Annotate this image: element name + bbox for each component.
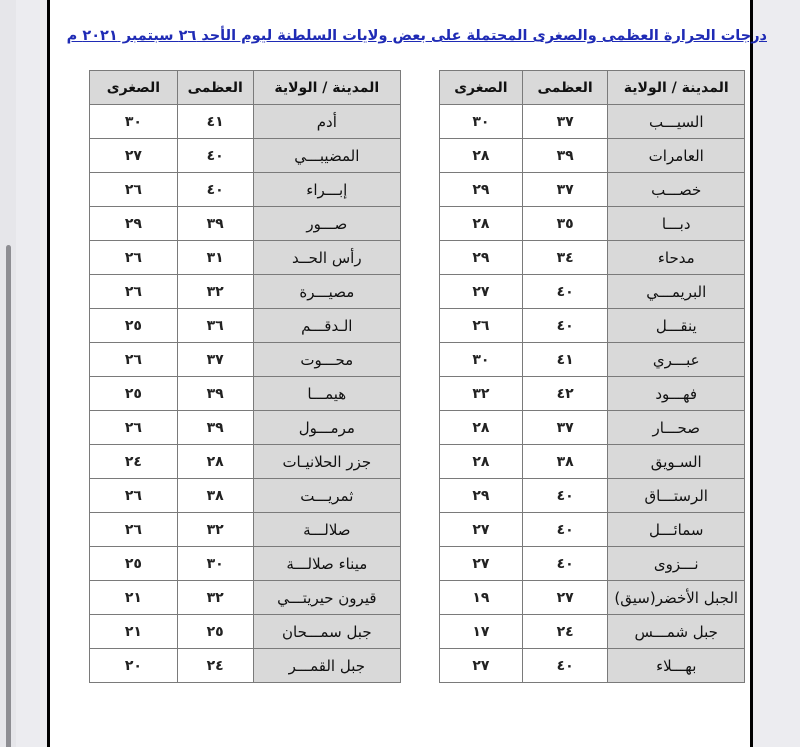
min-temp-cell: ٢٩ — [90, 207, 178, 241]
min-temp-cell: ١٩ — [440, 581, 523, 615]
city-cell: المضيبـــي — [253, 139, 400, 173]
table-row: صـــور٣٩٢٩ — [90, 207, 401, 241]
table-row: الرستـــاق٤٠٢٩ — [440, 479, 745, 513]
scrollbar-track[interactable] — [0, 0, 16, 747]
max-temp-cell: ٣٩ — [177, 377, 253, 411]
min-temp-cell: ٢٧ — [440, 513, 523, 547]
max-temp-cell: ٤١ — [522, 343, 608, 377]
city-cell: مرمـــول — [253, 411, 400, 445]
city-cell: جبل شمـــس — [608, 615, 745, 649]
table-row: خصـــب٣٧٢٩ — [440, 173, 745, 207]
min-temp-cell: ٢٦ — [90, 241, 178, 275]
min-temp-cell: ٢٦ — [90, 513, 178, 547]
max-temp-cell: ٣٧ — [522, 105, 608, 139]
max-temp-cell: ٤٠ — [177, 173, 253, 207]
table-row: نـــزوى٤٠٢٧ — [440, 547, 745, 581]
column-header-min: الصغرى — [90, 71, 178, 105]
max-temp-cell: ٤٠ — [522, 275, 608, 309]
city-cell: جبل القمـــر — [253, 649, 400, 683]
city-cell: مدحاء — [608, 241, 745, 275]
max-temp-cell: ٣٢ — [177, 513, 253, 547]
min-temp-cell: ٣٠ — [90, 105, 178, 139]
city-cell: رأس الحــد — [253, 241, 400, 275]
table-row: البريمـــي٤٠٢٧ — [440, 275, 745, 309]
table-row: الـدقـــم٣٦٢٥ — [90, 309, 401, 343]
table-row: جبل القمـــر٢٤٢٠ — [90, 649, 401, 683]
table-body: السيـــب٣٧٣٠العامرات٣٩٢٨خصـــب٣٧٢٩دبـــا… — [440, 105, 745, 683]
city-cell: السـويق — [608, 445, 745, 479]
min-temp-cell: ١٧ — [440, 615, 523, 649]
city-cell: سمائـــل — [608, 513, 745, 547]
scrollbar-thumb[interactable] — [6, 245, 11, 747]
table-row: سمائـــل٤٠٢٧ — [440, 513, 745, 547]
temperature-table-left: المدينة / الولاية العظمى الصغرى أدم٤١٣٠ا… — [89, 70, 401, 683]
max-temp-cell: ٢٤ — [177, 649, 253, 683]
table-row: ينقـــل٤٠٢٦ — [440, 309, 745, 343]
min-temp-cell: ٢٧ — [440, 547, 523, 581]
table-row: بهـــلاء٤٠٢٧ — [440, 649, 745, 683]
city-cell: الرستـــاق — [608, 479, 745, 513]
city-cell: ينقـــل — [608, 309, 745, 343]
min-temp-cell: ٢٦ — [440, 309, 523, 343]
max-temp-cell: ٣٨ — [177, 479, 253, 513]
max-temp-cell: ٣٧ — [522, 173, 608, 207]
max-temp-cell: ٢٧ — [522, 581, 608, 615]
min-temp-cell: ٢٦ — [90, 411, 178, 445]
table-row: إبـــراء٤٠٢٦ — [90, 173, 401, 207]
city-cell: إبـــراء — [253, 173, 400, 207]
table-row: جبل شمـــس٢٤١٧ — [440, 615, 745, 649]
max-temp-cell: ٢٨ — [177, 445, 253, 479]
table-row: جبل سمـــحان٢٥٢١ — [90, 615, 401, 649]
table-row: السـويق٣٨٢٨ — [440, 445, 745, 479]
min-temp-cell: ٢٩ — [440, 479, 523, 513]
max-temp-cell: ٤١ — [177, 105, 253, 139]
max-temp-cell: ٣٨ — [522, 445, 608, 479]
city-cell: صلالـــة — [253, 513, 400, 547]
table-row: ثمريـــت٣٨٢٦ — [90, 479, 401, 513]
table-row: جزر الحلانيـات٢٨٢٤ — [90, 445, 401, 479]
city-cell: الجبل الأخضر(سيق) — [608, 581, 745, 615]
city-cell: قيرون حيريتـــي — [253, 581, 400, 615]
table-row: الجبل الأخضر(سيق)٢٧١٩ — [440, 581, 745, 615]
table-row: صحـــار٣٧٢٨ — [440, 411, 745, 445]
city-cell: أدم — [253, 105, 400, 139]
max-temp-cell: ٣٩ — [177, 411, 253, 445]
max-temp-cell: ٣٧ — [177, 343, 253, 377]
max-temp-cell: ٤٠ — [522, 513, 608, 547]
document-title: درجات الحرارة العظمى والصغرى المحتملة عل… — [67, 28, 767, 44]
table-row: عبـــري٤١٣٠ — [440, 343, 745, 377]
table-row: ميناء صلالـــة٣٠٢٥ — [90, 547, 401, 581]
min-temp-cell: ٣٢ — [440, 377, 523, 411]
city-cell: الـدقـــم — [253, 309, 400, 343]
city-cell: هيمـــا — [253, 377, 400, 411]
column-header-min: الصغرى — [440, 71, 523, 105]
city-cell: خصـــب — [608, 173, 745, 207]
table-header-row: المدينة / الولاية العظمى الصغرى — [440, 71, 745, 105]
max-temp-cell: ٤٢ — [522, 377, 608, 411]
table-row: السيـــب٣٧٣٠ — [440, 105, 745, 139]
table-body: أدم٤١٣٠المضيبـــي٤٠٢٧إبـــراء٤٠٢٦صـــور٣… — [90, 105, 401, 683]
min-temp-cell: ٢٨ — [440, 139, 523, 173]
max-temp-cell: ٣١ — [177, 241, 253, 275]
city-cell: مصيـــرة — [253, 275, 400, 309]
city-cell: بهـــلاء — [608, 649, 745, 683]
min-temp-cell: ٢٥ — [90, 547, 178, 581]
column-header-max: العظمى — [522, 71, 608, 105]
city-cell: محـــوت — [253, 343, 400, 377]
min-temp-cell: ٢٧ — [440, 649, 523, 683]
column-header-city: المدينة / الولاية — [608, 71, 745, 105]
city-cell: السيـــب — [608, 105, 745, 139]
city-cell: جبل سمـــحان — [253, 615, 400, 649]
min-temp-cell: ٢٠ — [90, 649, 178, 683]
max-temp-cell: ٤٠ — [177, 139, 253, 173]
city-cell: صـــور — [253, 207, 400, 241]
max-temp-cell: ٣٢ — [177, 581, 253, 615]
table-row: أدم٤١٣٠ — [90, 105, 401, 139]
table-row: المضيبـــي٤٠٢٧ — [90, 139, 401, 173]
city-cell: صحـــار — [608, 411, 745, 445]
min-temp-cell: ٢١ — [90, 581, 178, 615]
table-row: مصيـــرة٣٢٢٦ — [90, 275, 401, 309]
min-temp-cell: ٢٦ — [90, 275, 178, 309]
table-row: محـــوت٣٧٢٦ — [90, 343, 401, 377]
city-cell: العامرات — [608, 139, 745, 173]
min-temp-cell: ٢٤ — [90, 445, 178, 479]
temperature-table-right: المدينة / الولاية العظمى الصغرى السيـــب… — [439, 70, 745, 683]
max-temp-cell: ٤٠ — [522, 547, 608, 581]
min-temp-cell: ٢٨ — [440, 445, 523, 479]
min-temp-cell: ٢٦ — [90, 173, 178, 207]
city-cell: البريمـــي — [608, 275, 745, 309]
table-header-row: المدينة / الولاية العظمى الصغرى — [90, 71, 401, 105]
max-temp-cell: ٢٥ — [177, 615, 253, 649]
table-row: دبـــا٣٥٢٨ — [440, 207, 745, 241]
max-temp-cell: ٣٠ — [177, 547, 253, 581]
max-temp-cell: ٣٩ — [522, 139, 608, 173]
min-temp-cell: ٢٦ — [90, 343, 178, 377]
max-temp-cell: ٤٠ — [522, 479, 608, 513]
min-temp-cell: ٢١ — [90, 615, 178, 649]
city-cell: نـــزوى — [608, 547, 745, 581]
max-temp-cell: ٣٢ — [177, 275, 253, 309]
table-row: العامرات٣٩٢٨ — [440, 139, 745, 173]
city-cell: عبـــري — [608, 343, 745, 377]
max-temp-cell: ٤٠ — [522, 309, 608, 343]
min-temp-cell: ٣٠ — [440, 105, 523, 139]
table-row: هيمـــا٣٩٢٥ — [90, 377, 401, 411]
city-cell: ثمريـــت — [253, 479, 400, 513]
table-row: مرمـــول٣٩٢٦ — [90, 411, 401, 445]
city-cell: فهـــود — [608, 377, 745, 411]
min-temp-cell: ٢٦ — [90, 479, 178, 513]
min-temp-cell: ٣٠ — [440, 343, 523, 377]
min-temp-cell: ٢٧ — [90, 139, 178, 173]
min-temp-cell: ٢٩ — [440, 241, 523, 275]
max-temp-cell: ٣٤ — [522, 241, 608, 275]
table-row: مدحاء٣٤٢٩ — [440, 241, 745, 275]
min-temp-cell: ٢٥ — [90, 309, 178, 343]
table-row: فهـــود٤٢٣٢ — [440, 377, 745, 411]
max-temp-cell: ٣٦ — [177, 309, 253, 343]
max-temp-cell: ٣٩ — [177, 207, 253, 241]
max-temp-cell: ٣٧ — [522, 411, 608, 445]
table-row: رأس الحــد٣١٢٦ — [90, 241, 401, 275]
city-cell: جزر الحلانيـات — [253, 445, 400, 479]
max-temp-cell: ٣٥ — [522, 207, 608, 241]
table-row: قيرون حيريتـــي٣٢٢١ — [90, 581, 401, 615]
table-row: صلالـــة٣٢٢٦ — [90, 513, 401, 547]
column-header-city: المدينة / الولاية — [253, 71, 400, 105]
column-header-max: العظمى — [177, 71, 253, 105]
min-temp-cell: ٢٥ — [90, 377, 178, 411]
city-cell: دبـــا — [608, 207, 745, 241]
max-temp-cell: ٤٠ — [522, 649, 608, 683]
city-cell: ميناء صلالـــة — [253, 547, 400, 581]
min-temp-cell: ٢٨ — [440, 207, 523, 241]
min-temp-cell: ٢٧ — [440, 275, 523, 309]
max-temp-cell: ٢٤ — [522, 615, 608, 649]
min-temp-cell: ٢٨ — [440, 411, 523, 445]
min-temp-cell: ٢٩ — [440, 173, 523, 207]
